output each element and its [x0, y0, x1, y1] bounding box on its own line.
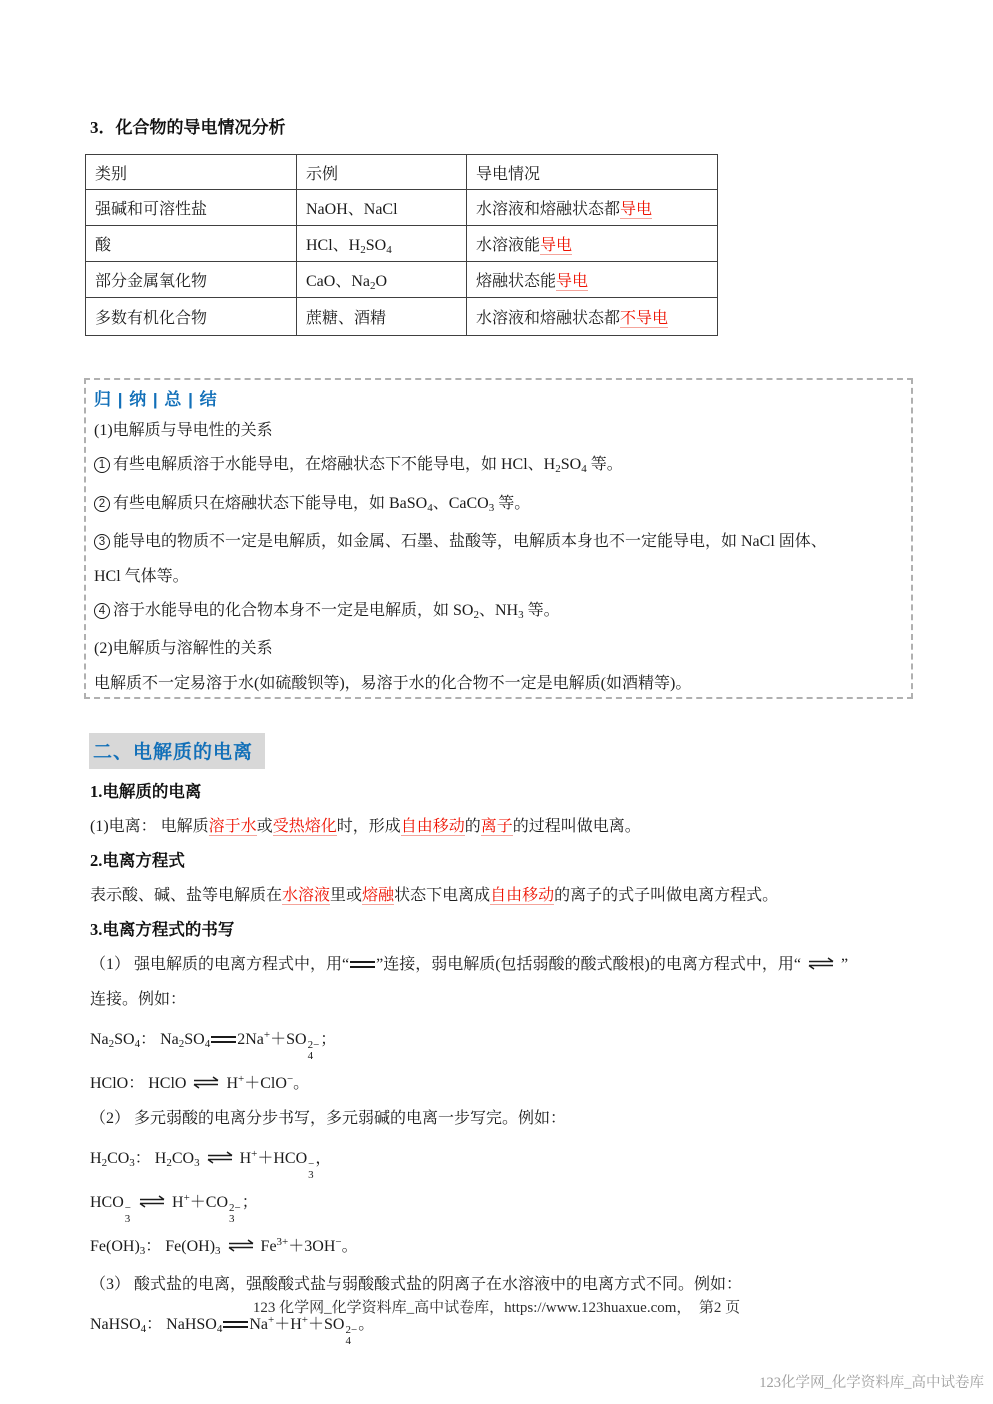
ion-charge-stack: −3 [308, 1159, 314, 1181]
text-span: Fe(OH) [90, 1238, 140, 1255]
reversible-arrow-symbol [191, 1068, 221, 1103]
text-span [221, 1238, 225, 1255]
text-span: ＋ClO [244, 1075, 287, 1092]
text-span: HCl、H [306, 237, 360, 254]
circled-number: 3 [94, 534, 110, 550]
text-line: 电解质不一定易溶于水(如硫酸钡等)，易溶于水的化合物不一定是电解质(如酒精等)。 [94, 667, 899, 701]
text-span: ＋H [274, 1316, 302, 1333]
page-footer: 123 化学网_化学资料库_高中试卷库，https://www.123huaxu… [0, 1296, 993, 1317]
text-span: 。 [358, 1316, 374, 1333]
summary-lines: (1)电解质与导电性的关系1有些电解质溶于水能导电，在熔融状态下不能导电，如 H… [94, 414, 899, 701]
superscript-charge: − [308, 1159, 314, 1170]
text-span: SO [561, 456, 581, 473]
reversible-arrow-symbol [226, 1231, 256, 1266]
text-line: （2） 多元弱酸的电离分步书写，多元弱碱的电离一步写完。例如： [90, 1102, 950, 1137]
superscript-charge: − [125, 1203, 131, 1214]
text-span: 等。 [587, 456, 623, 473]
subscript-count: 3 [125, 1214, 131, 1225]
text-span: 4 [205, 1038, 211, 1050]
text-span: 2Na [237, 1031, 264, 1048]
text-span: 水溶液能 [476, 237, 540, 254]
double-line-bond-symbol [223, 1321, 248, 1328]
text-span: HCl 气体等。 [94, 568, 189, 585]
section-header: 二、电解质的电离 [89, 733, 265, 769]
ion-charge-stack: 2−4 [308, 1040, 320, 1062]
text-span: ” [837, 956, 848, 973]
text-span: 。 [293, 1075, 309, 1092]
text-span: 1.电解质的电离 [90, 782, 201, 801]
text-span: ： NaHSO [146, 1316, 217, 1333]
table-row: 多数有机化合物蔗糖、酒精水溶液和熔融状态都不导电 [86, 298, 718, 336]
text-span: 能导电的物质不一定是电解质，如金属、石墨、盐酸等，电解质本身也不一定能导电，如 … [113, 533, 827, 550]
text-span: （1） 强电解质的电离方程式中，用“ [90, 956, 349, 973]
equation-line: H2CO3： H2CO3 H+＋HCO−3， [90, 1137, 950, 1181]
subscript-count: 4 [308, 1051, 314, 1062]
text-span: 或 [257, 818, 273, 835]
table-row: 部分金属氧化物CaO、Na2O熔融状态能导电 [86, 262, 718, 298]
red-key-term: 导电 [556, 273, 588, 291]
table-header-row: 类别 示例 导电情况 [86, 155, 718, 190]
conductivity-table: 类别 示例 导电情况 强碱和可溶性盐NaOH、NaCl水溶液和熔融状态都导电酸H… [85, 154, 718, 336]
text-span: 3+ [277, 1236, 289, 1248]
text-span: ＋3OH [288, 1238, 335, 1255]
page-title: 3．化合物的导电情况分析 [90, 113, 286, 138]
red-key-term: 水溶液 [282, 887, 330, 905]
text-line: (1)电解质与导电性的关系 [94, 414, 899, 448]
subscript-count: 4 [345, 1336, 351, 1347]
text-span: Na [249, 1316, 268, 1333]
text-line: (2)电解质与溶解性的关系 [94, 632, 899, 666]
text-span [200, 1150, 204, 1167]
subscript-count: 3 [308, 1170, 314, 1181]
table-cell: 强碱和可溶性盐 [86, 190, 297, 226]
text-span: ； [242, 1194, 258, 1211]
table-cell: 水溶液和熔融状态都导电 [467, 190, 718, 226]
red-key-term: 自由移动 [490, 887, 554, 905]
table-cell: NaOH、NaCl [297, 190, 467, 226]
text-span: H [236, 1150, 252, 1167]
text-span: 多数有机化合物 [95, 310, 207, 327]
text-span: Fe [257, 1238, 277, 1255]
text-span: ： Na [140, 1031, 179, 1048]
text-span: ： Fe(OH) [145, 1238, 215, 1255]
text-span: 、CaCO [433, 495, 489, 512]
text-span: 表示酸、碱、盐等电解质在 [90, 887, 282, 904]
text-span: （3） 酸式盐的电离，强酸酸式盐与弱酸酸式盐的阴离子在水溶液中的电离方式不同。例… [90, 1276, 742, 1293]
text-span: 酸 [95, 237, 111, 254]
text-line: 连接。例如： [90, 983, 950, 1018]
red-key-term: 离子 [481, 818, 513, 836]
text-span: 3 [194, 1157, 200, 1169]
equation-line: Na2SO4： Na2SO42Na+＋SO2−4； [90, 1018, 950, 1062]
table-cell: 水溶液能导电 [467, 226, 718, 262]
text-span: 。 [342, 1238, 358, 1255]
equation-line: HCO−3 H+＋CO2−3； [90, 1181, 950, 1225]
text-span: 的过程叫做电离。 [513, 818, 641, 835]
text-line: （1） 强电解质的电离方程式中，用“”连接，弱电解质(包括弱酸的酸式酸根)的电离… [90, 948, 950, 984]
text-span: 熔融状态能 [476, 273, 556, 290]
text-span: 连接。例如： [90, 991, 186, 1008]
text-span: 状态下电离成 [394, 887, 490, 904]
text-span: （2） 多元弱酸的电离分步书写，多元弱碱的电离一步写完。例如： [90, 1110, 566, 1127]
text-span: 有些电解质只在熔融状态下能导电，如 BaSO [113, 495, 427, 512]
red-key-term: 自由移动 [401, 818, 465, 836]
circled-number: 1 [94, 457, 110, 473]
table-cell: CaO、Na2O [297, 262, 467, 298]
double-line-bond-symbol [211, 1036, 236, 1043]
text-span: 强碱和可溶性盐 [95, 201, 207, 218]
red-key-term: 导电 [540, 237, 572, 255]
text-span: H [90, 1150, 102, 1167]
watermark: 123化学网_化学资料库_高中试卷库 [759, 1371, 984, 1392]
text-span [132, 1194, 136, 1211]
text-span: 的 [465, 818, 481, 835]
text-span: ＋SO [308, 1316, 344, 1333]
text-span: 水溶液和熔融状态都 [476, 201, 620, 218]
text-span: SO [366, 237, 386, 254]
reversible-arrow-symbol [205, 1143, 235, 1178]
text-span: NaOH、NaCl [306, 201, 398, 218]
text-span: ”连接，弱电解质(包括弱酸的酸式酸根)的电离方程式中，用“ [376, 956, 805, 973]
text-span: 溶于水能导电的化合物本身不一定是电解质，如 SO [113, 602, 473, 619]
text-span: CaO、Na [306, 273, 370, 290]
text-span: HCO [90, 1194, 124, 1211]
text-line: 2有些电解质只在熔融状态下能导电，如 BaSO4、CaCO3 等。 [94, 487, 899, 525]
red-key-term: 熔融 [362, 887, 394, 905]
section-body: 1.电解质的电离(1)电离： 电解质溶于水或受热熔化时，形成自由移动的离子的过程… [90, 775, 950, 1347]
text-span: CO [172, 1150, 194, 1167]
text-line: 3能导电的物质不一定是电解质，如金属、石墨、盐酸等，电解质本身也不一定能导电，如… [94, 525, 899, 559]
table-cell: HCl、H2SO4 [297, 226, 467, 262]
text-span: H [222, 1075, 238, 1092]
red-key-term: 不导电 [620, 310, 668, 328]
text-span: 部分金属氧化物 [95, 273, 207, 290]
sub-heading: 3.电离方程式的书写 [90, 913, 950, 948]
column-header: 导电情况 [467, 155, 718, 190]
table-cell: 水溶液和熔融状态都不导电 [467, 298, 718, 336]
table-cell: 多数有机化合物 [86, 298, 297, 336]
table-cell: 酸 [86, 226, 297, 262]
summary-title: 归 | 纳 | 总 | 结 [94, 388, 899, 414]
text-span: (2)电解质与溶解性的关系 [94, 640, 273, 657]
text-span: SO [114, 1031, 134, 1048]
text-span: 4 [386, 244, 392, 256]
text-span: 时，形成 [337, 818, 401, 835]
text-line: HCl 气体等。 [94, 560, 899, 594]
red-key-term: 导电 [620, 201, 652, 219]
red-key-term: 溶于水 [209, 818, 257, 836]
text-span: HClO： HClO [90, 1075, 190, 1092]
text-span: 有些电解质溶于水能导电，在熔融状态下不能导电，如 HCl、H [113, 456, 555, 473]
summary-box: 归 | 纳 | 总 | 结 (1)电解质与导电性的关系1有些电解质溶于水能导电，… [84, 378, 913, 699]
text-span: ＋HCO [257, 1150, 307, 1167]
text-span: SO [184, 1031, 204, 1048]
double-line-bond-symbol [350, 961, 375, 968]
text-span: 4 [217, 1323, 223, 1335]
text-span: (1)电解质与导电性的关系 [94, 422, 273, 439]
circled-number: 4 [94, 603, 110, 619]
text-line: (1)电离： 电解质溶于水或受热熔化时，形成自由移动的离子的过程叫做电离。 [90, 810, 950, 845]
text-span: (1)电离： 电解质 [90, 818, 209, 835]
text-span: ＋CO [190, 1194, 228, 1211]
document-page: 3．化合物的导电情况分析 类别 示例 导电情况 强碱和可溶性盐NaOH、NaCl… [0, 0, 993, 1404]
reversible-arrow-symbol [806, 949, 836, 984]
table-body: 强碱和可溶性盐NaOH、NaCl水溶液和熔融状态都导电酸HCl、H2SO4水溶液… [86, 190, 718, 336]
text-span: Na [90, 1031, 109, 1048]
text-span: ； [320, 1031, 336, 1048]
text-span: ， [315, 1150, 331, 1167]
text-span: 里或 [330, 887, 362, 904]
text-line: 表示酸、碱、盐等电解质在水溶液里或熔融状态下电离成自由移动的离子的式子叫做电离方… [90, 879, 950, 914]
equation-line: Fe(OH)3： Fe(OH)3 Fe3+＋3OH−。 [90, 1225, 950, 1269]
reversible-arrow-symbol [137, 1187, 167, 1222]
text-span: 蔗糖、酒精 [306, 310, 386, 327]
text-span: 水溶液和熔融状态都 [476, 310, 620, 327]
table-cell: 部分金属氧化物 [86, 262, 297, 298]
table-row: 强碱和可溶性盐NaOH、NaCl水溶液和熔融状态都导电 [86, 190, 718, 226]
text-span: 3.电离方程式的书写 [90, 920, 234, 939]
column-header: 示例 [297, 155, 467, 190]
sub-heading: 1.电解质的电离 [90, 775, 950, 810]
table-cell: 熔融状态能导电 [467, 262, 718, 298]
text-span: 3 [215, 1245, 221, 1257]
equation-line: HClO： HClO H+＋ClO−。 [90, 1062, 950, 1103]
text-span: 的离子的式子叫做电离方程式。 [554, 887, 778, 904]
text-span: 等。 [524, 602, 560, 619]
ion-charge-stack: 2−4 [345, 1325, 357, 1347]
circled-number: 2 [94, 496, 110, 512]
superscript-charge: 2− [229, 1203, 241, 1214]
column-header: 类别 [86, 155, 297, 190]
text-span: CO [107, 1150, 129, 1167]
sub-heading: 2.电离方程式 [90, 844, 950, 879]
red-key-term: 受热熔化 [273, 818, 337, 836]
text-span: 等。 [494, 495, 530, 512]
text-span: O [376, 273, 388, 290]
text-span: 2.电离方程式 [90, 851, 185, 870]
superscript-charge: 2− [345, 1325, 357, 1336]
table-cell: 蔗糖、酒精 [297, 298, 467, 336]
text-line: 1有些电解质溶于水能导电，在熔融状态下不能导电，如 HCl、H2SO4 等。 [94, 448, 899, 486]
text-span: H [168, 1194, 184, 1211]
ion-charge-stack: 2−3 [229, 1203, 241, 1225]
text-span: 、NH [479, 602, 518, 619]
text-line: 4溶于水能导电的化合物本身不一定是电解质，如 SO2、NH3 等。 [94, 594, 899, 632]
text-span: ＋SO [270, 1031, 306, 1048]
text-span: NaHSO [90, 1316, 141, 1333]
subscript-count: 3 [229, 1214, 235, 1225]
text-span: ： H [135, 1150, 167, 1167]
conductivity-table-wrap: 类别 示例 导电情况 强碱和可溶性盐NaOH、NaCl水溶液和熔融状态都导电酸H… [85, 154, 718, 336]
table-row: 酸HCl、H2SO4水溶液能导电 [86, 226, 718, 262]
superscript-charge: 2− [308, 1040, 320, 1051]
text-span: 电解质不一定易溶于水(如硫酸钡等)，易溶于水的化合物不一定是电解质(如酒精等)。 [94, 675, 691, 692]
ion-charge-stack: −3 [125, 1203, 131, 1225]
